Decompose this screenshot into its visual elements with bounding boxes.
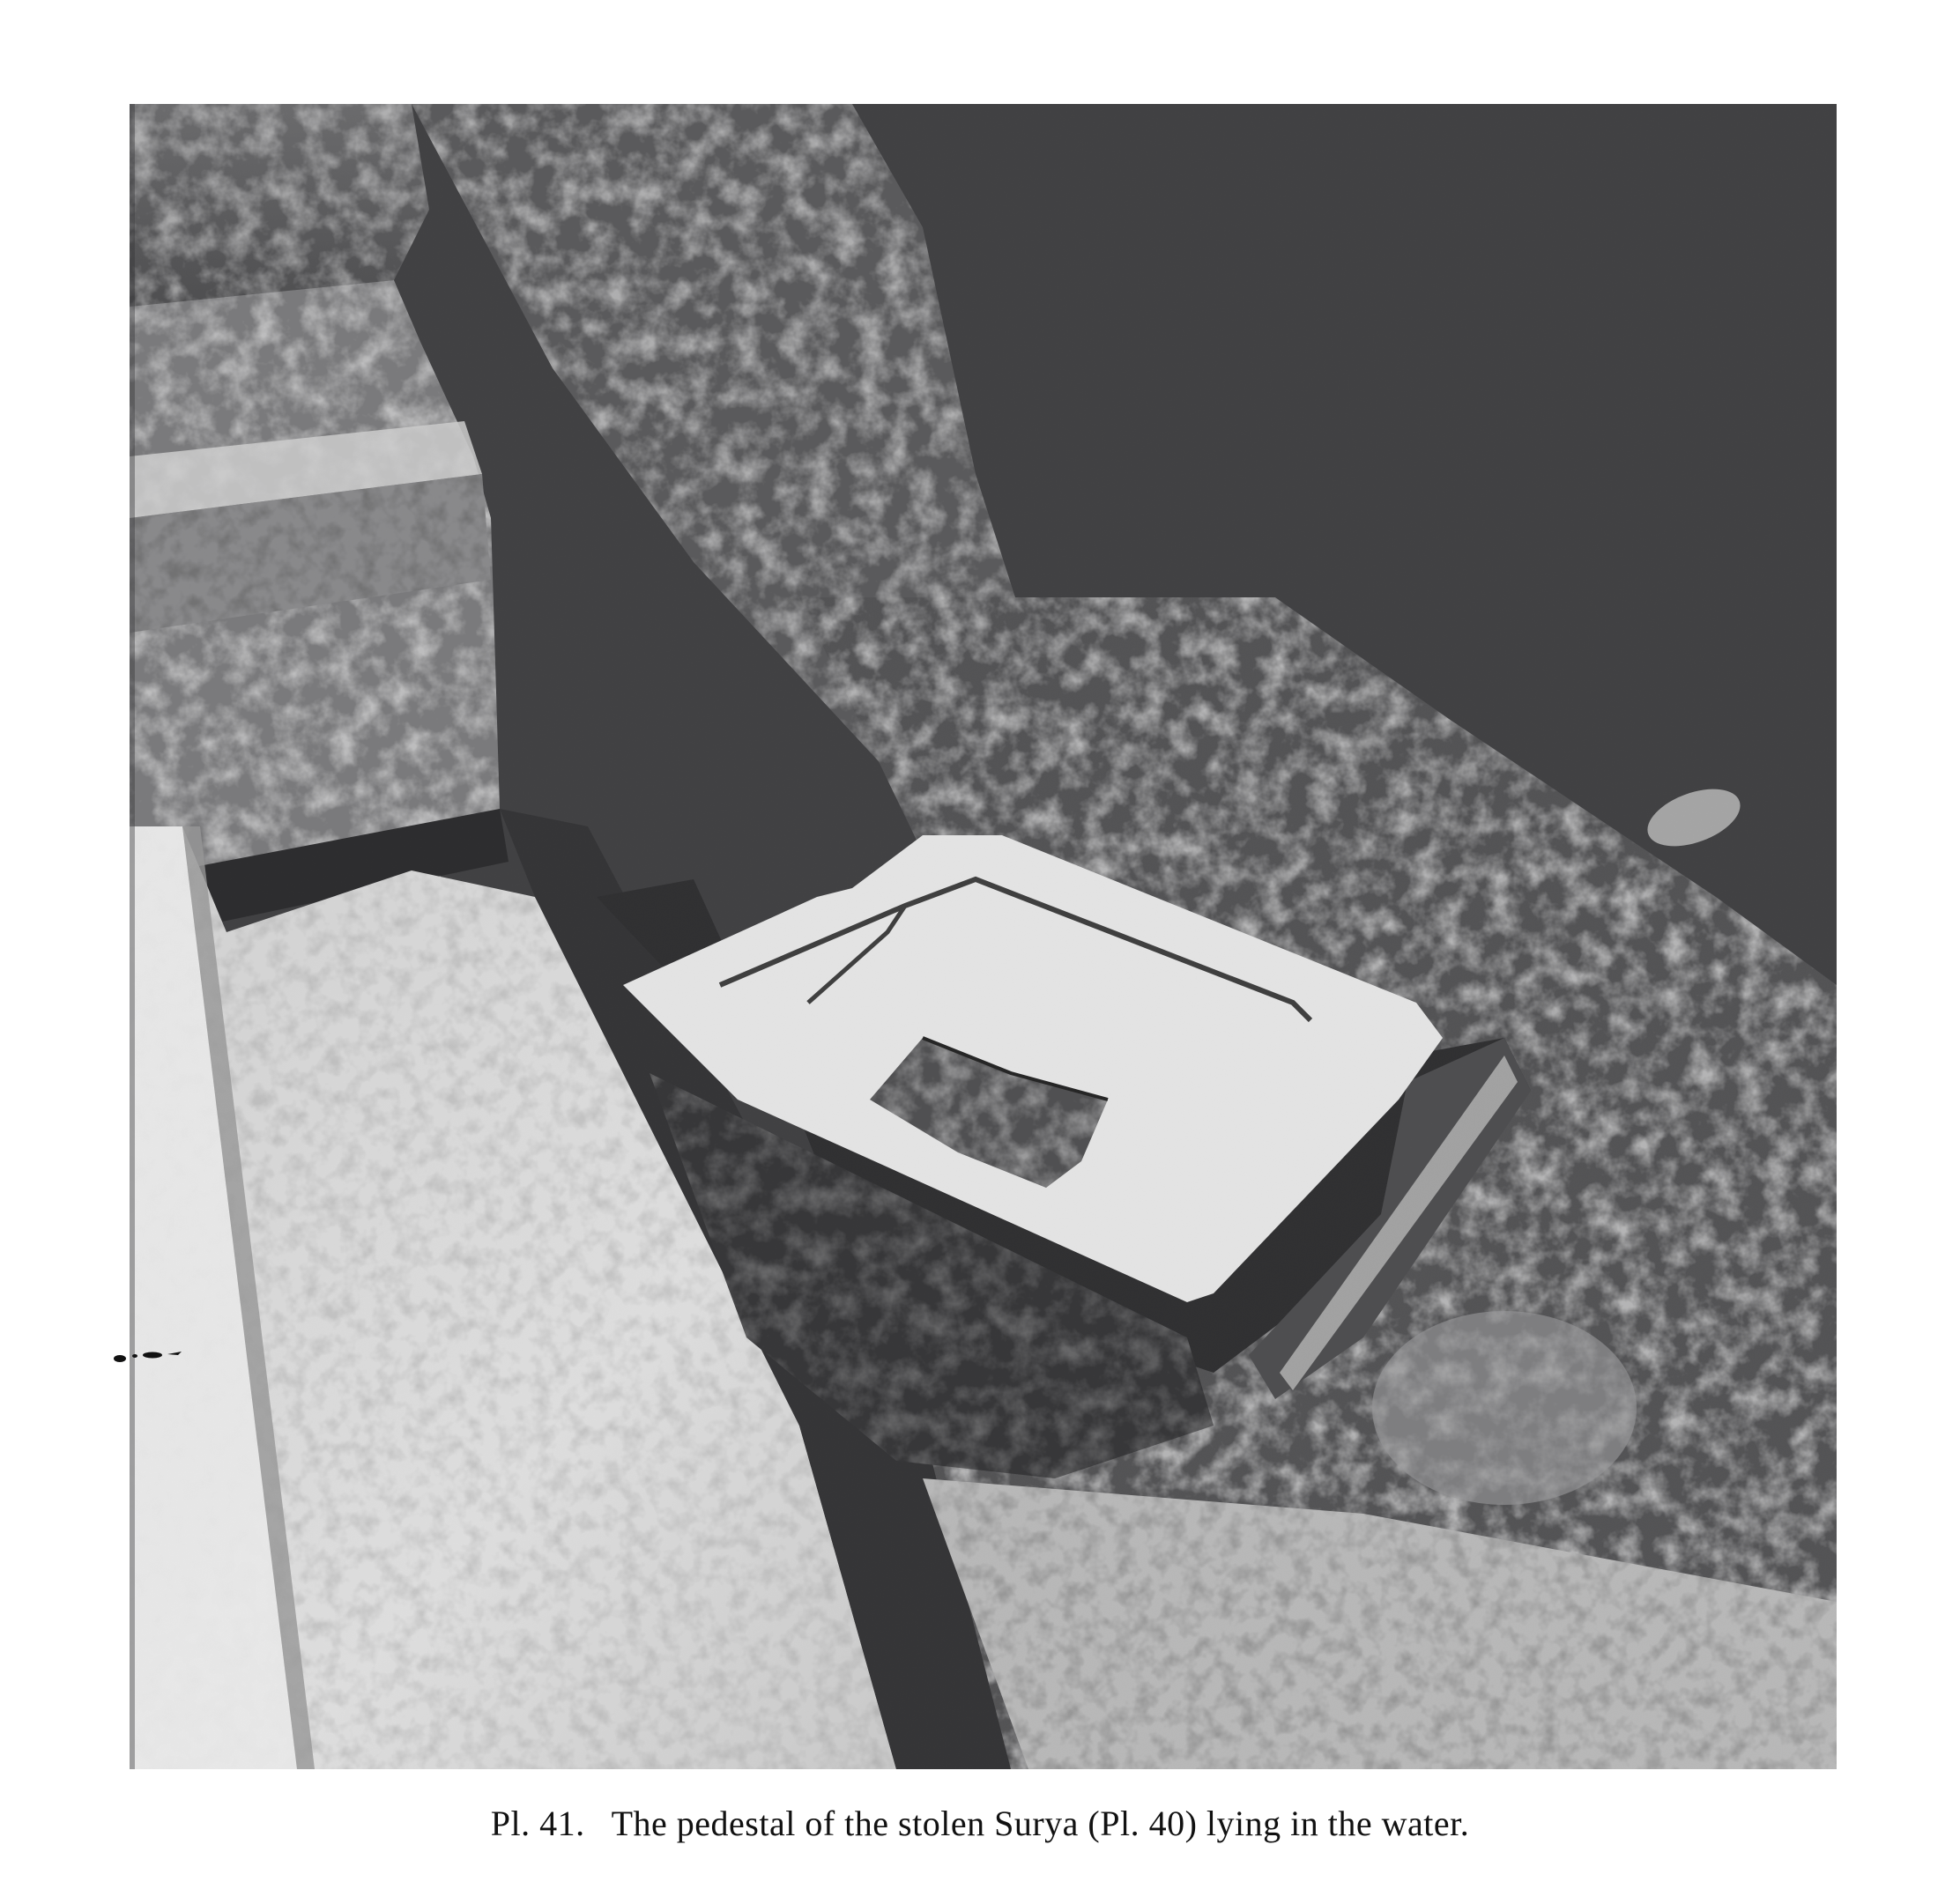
caption-text: The pedestal of the stolen Surya (Pl. 40…: [612, 1804, 1470, 1843]
plate-caption: Pl. 41.The pedestal of the stolen Surya …: [0, 1803, 1960, 1844]
ink-mark: [113, 1351, 192, 1363]
book-page: Pl. 41.The pedestal of the stolen Surya …: [0, 0, 1960, 1889]
plate-number: Pl. 41.: [491, 1804, 585, 1843]
plate-photograph: [130, 104, 1837, 1769]
